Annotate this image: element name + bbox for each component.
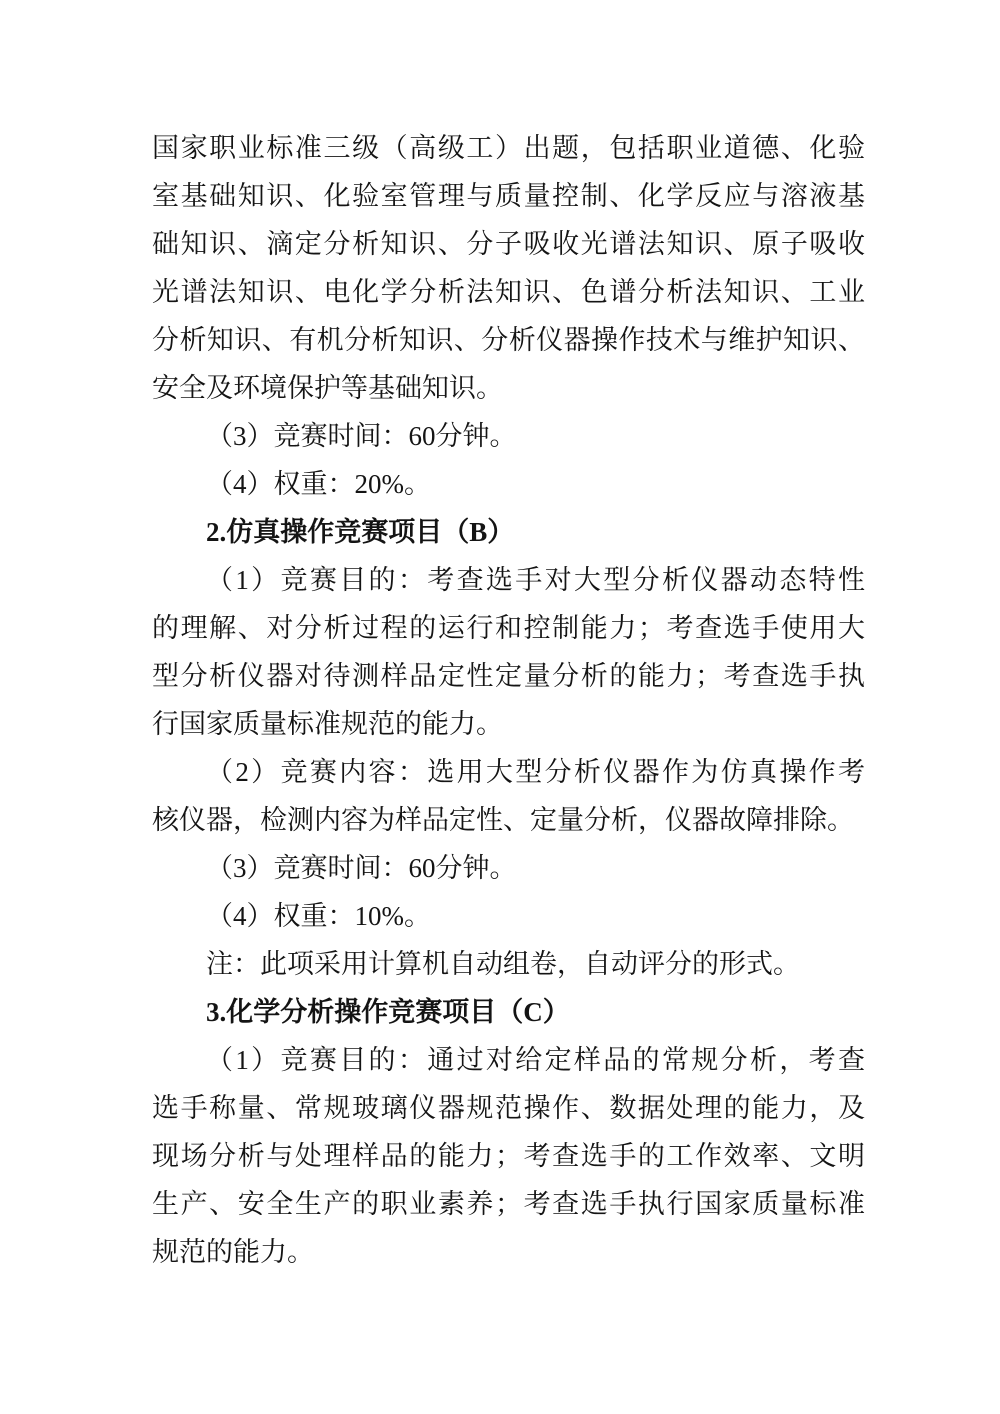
body-text-line: 的理解、对分析过程的运行和控制能力；考查选手使用大: [152, 604, 865, 652]
document-page: 国家职业标准三级（高级工）出题，包括职业道德、化验 室基础知识、化验室管理与质量…: [152, 124, 865, 1276]
body-text-line: 安全及环境保护等基础知识。: [152, 364, 865, 412]
note-line: 注：此项采用计算机自动组卷，自动评分的形式。: [152, 940, 865, 988]
body-text-line: 生产、安全生产的职业素养；考查选手执行国家质量标准: [152, 1180, 865, 1228]
body-text-line: 国家职业标准三级（高级工）出题，包括职业道德、化验: [152, 124, 865, 172]
body-text-line: 光谱法知识、电化学分析法知识、色谱分析法知识、工业: [152, 268, 865, 316]
body-text-line: 室基础知识、化验室管理与质量控制、化学反应与溶液基: [152, 172, 865, 220]
section-heading-b: 2.仿真操作竞赛项目（B）: [152, 508, 865, 556]
body-text-line: 础知识、滴定分析知识、分子吸收光谱法知识、原子吸收: [152, 220, 865, 268]
list-item-time: （3）竞赛时间：60分钟。: [152, 844, 865, 892]
list-item-weight: （4）权重：10%。: [152, 892, 865, 940]
body-text-line: （2）竞赛内容：选用大型分析仪器作为仿真操作考: [152, 748, 865, 796]
body-text-line: 分析知识、有机分析知识、分析仪器操作技术与维护知识、: [152, 316, 865, 364]
section-heading-c: 3.化学分析操作竞赛项目（C）: [152, 988, 865, 1036]
body-text-line: 型分析仪器对待测样品定性定量分析的能力；考查选手执: [152, 652, 865, 700]
body-text-line: 现场分析与处理样品的能力；考查选手的工作效率、文明: [152, 1132, 865, 1180]
body-text-line: （1）竞赛目的：考查选手对大型分析仪器动态特性: [152, 556, 865, 604]
list-item-weight: （4）权重：20%。: [152, 460, 865, 508]
body-text-line: 规范的能力。: [152, 1228, 865, 1276]
body-text-line: 核仪器，检测内容为样品定性、定量分析，仪器故障排除。: [152, 796, 865, 844]
body-text-line: 行国家质量标准规范的能力。: [152, 700, 865, 748]
body-text-line: 选手称量、常规玻璃仪器规范操作、数据处理的能力，及: [152, 1084, 865, 1132]
list-item-time: （3）竞赛时间：60分钟。: [152, 412, 865, 460]
body-text-line: （1）竞赛目的：通过对给定样品的常规分析，考查: [152, 1036, 865, 1084]
